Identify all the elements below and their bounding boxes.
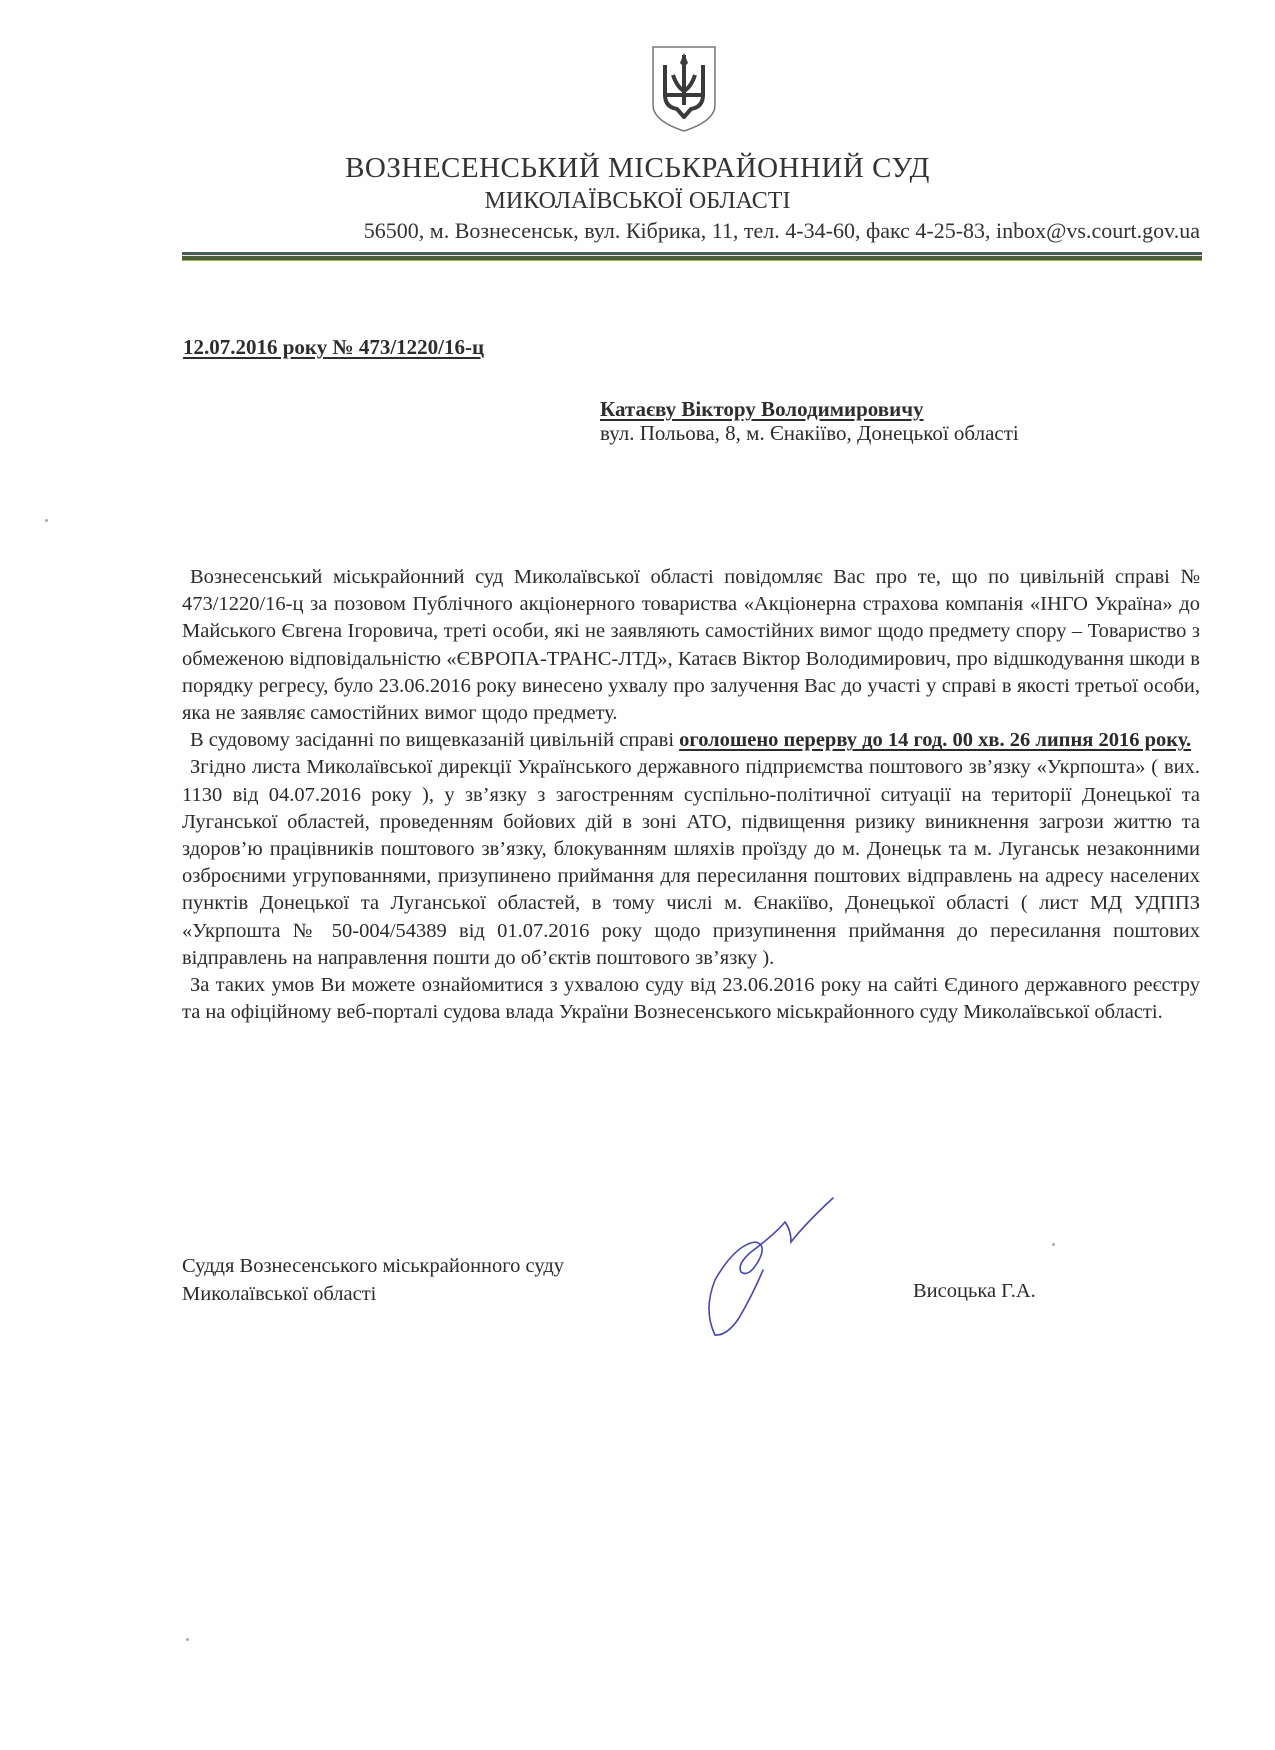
signer-title-line1: Суддя Вознесенського міськрайонного суду: [182, 1252, 564, 1280]
court-name: ВОЗНЕСЕНСЬКИЙ МІСЬКРАЙОННИЙ СУД: [0, 152, 1275, 185]
scan-speck: [45, 519, 48, 522]
header-divider: [182, 252, 1202, 262]
paragraph-registry: За таких умов Ви можете ознайомитися з у…: [182, 972, 1200, 1026]
paragraph-hearing-text: В судовому засіданні по вищевказаній цив…: [190, 729, 679, 751]
signer-title: Суддя Вознесенського міськрайонного суду…: [182, 1252, 564, 1308]
paragraph-postal-text: Згідно листа Миколаївської дирекції Укра…: [182, 756, 1200, 968]
document-reference: 12.07.2016 року № 473/1220/16-ц: [183, 335, 484, 360]
trident-coat-of-arms-icon: [649, 43, 719, 133]
hearing-date-highlight: оголошено перерву до 14 год. 00 хв. 26 л…: [679, 729, 1191, 751]
court-address: 56500, м. Вознесенськ, вул. Кібрика, 11,…: [180, 218, 1200, 244]
court-region: МИКОЛАЇВСЬКОЇ ОБЛАСТІ: [0, 188, 1275, 215]
scan-speck: [1052, 1243, 1055, 1246]
paragraph-notice-text: Вознесенський міськрайонний суд Миколаїв…: [182, 566, 1200, 724]
paragraph-postal: Згідно листа Миколаївської дирекції Укра…: [182, 754, 1200, 972]
scan-speck: [186, 1638, 189, 1641]
letter-page: ВОЗНЕСЕНСЬКИЙ МІСЬКРАЙОННИЙ СУД МИКОЛАЇВ…: [0, 0, 1275, 1750]
paragraph-registry-text: За таких умов Ви можете ознайомитися з у…: [182, 974, 1200, 1023]
recipient-name: Катаєву Віктору Володимировичу: [600, 397, 924, 422]
handwritten-signature-icon: [655, 1190, 955, 1340]
signer-name: Висоцька Г.А.: [913, 1280, 1036, 1303]
paragraph-notice: Вознесенський міськрайонний суд Миколаїв…: [182, 564, 1200, 727]
paragraph-hearing: В судовому засіданні по вищевказаній цив…: [182, 727, 1200, 754]
letter-body: Вознесенський міськрайонний суд Миколаїв…: [182, 564, 1200, 1026]
signer-title-line2: Миколаївської області: [182, 1280, 564, 1308]
recipient-address: вул. Польова, 8, м. Єнакіїво, Донецької …: [600, 421, 1019, 446]
